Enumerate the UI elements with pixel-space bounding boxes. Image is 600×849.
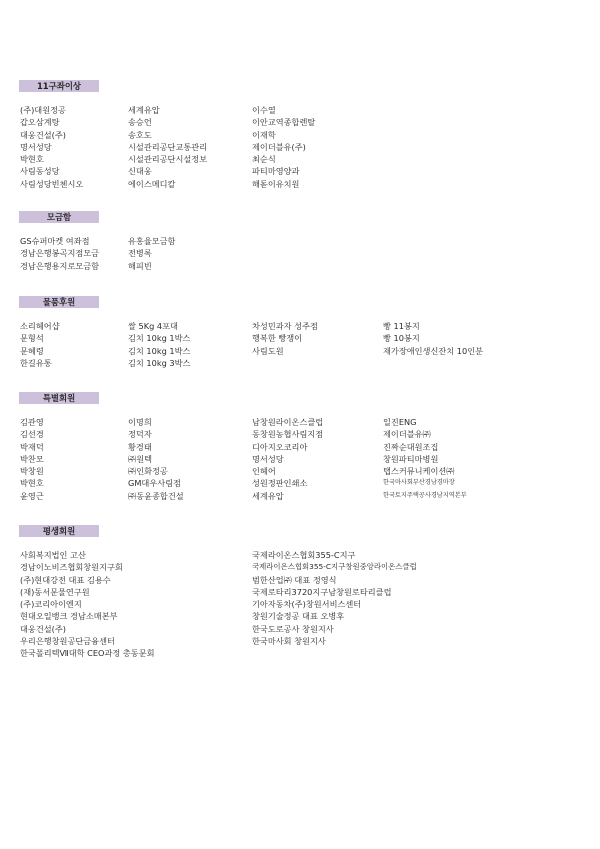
- member-name: 창원기술정공 대표 오병후: [252, 610, 344, 622]
- list-row: 경남이노비즈협회창원지구회 국제라이온스협회355-C지구창원중앙라이온스클럽: [0, 561, 600, 573]
- list-row: (재)동서문물연구원 국제로타리3720지구남창원로타리클럽: [0, 586, 600, 598]
- list-row: 갑오삼계탕 송승언 이안교역종합렌탈: [0, 116, 600, 128]
- list-row: 우리은행창원공단금융센터 한국마사회 창원지사: [0, 635, 600, 647]
- list-row: 박현호 시설관리공단시설정보 최순식: [0, 153, 600, 165]
- member-name: 윤영근: [20, 490, 44, 502]
- member-name: 인헤어: [252, 465, 276, 477]
- list-row: 대웅건설(주) 송호도 이재학: [0, 129, 600, 141]
- list-row: 문혜령 김치 10kg 1박스 사림도원 재가장애인생신잔치 10인분: [0, 345, 600, 357]
- section-header: 평생회원: [19, 525, 99, 537]
- donor-name: 파티마영양과: [252, 165, 299, 177]
- donated-item: 빵 10봉지: [383, 332, 420, 344]
- member-name: 김선경: [20, 428, 44, 440]
- donor-name: 갑오삼계탕: [20, 116, 60, 128]
- donor-name: 사림성당빈첸시오: [20, 178, 83, 190]
- section-header: 모금함: [19, 211, 99, 223]
- member-name: 이명희: [128, 416, 152, 428]
- member-name: 한국폴리텍Ⅶ대학 CEO과정 총동문회: [20, 647, 155, 659]
- donor-name: 경남은행용지로모금함: [20, 260, 99, 272]
- donor-name: 경남은행봉곡지점모금: [20, 247, 99, 259]
- member-name: ㈜인화정공: [128, 465, 168, 477]
- donor-name: 해피빈: [128, 260, 152, 272]
- list-row: 명서성당 시설관리공단교통관리 제이더블유(주): [0, 141, 600, 153]
- list-row: 경남은행봉곡지점모금 전병록: [0, 247, 600, 259]
- donor-name: 이수열: [252, 104, 276, 116]
- donor-name: 이안교역종합렌탈: [252, 116, 315, 128]
- donated-item: 빵 11봉지: [383, 320, 420, 332]
- donated-item: 김치 10kg 3박스: [128, 357, 190, 369]
- donor-name: 시설관리공단교통관리: [128, 141, 207, 153]
- list-row: 대웅건설(주) 한국도로공사 창원지사: [0, 623, 600, 635]
- donor-name: 신대웅: [128, 165, 152, 177]
- member-name: 성원정판인쇄소: [252, 477, 307, 489]
- donated-item: 쌀 5Kg 4포대: [128, 320, 178, 332]
- member-name: 박찬모: [20, 453, 44, 465]
- donor-name: 세계유압: [128, 104, 160, 116]
- donor-name: 박현호: [20, 153, 44, 165]
- donor-name: 송승언: [128, 116, 152, 128]
- list-row: (주)코리아이엔지 기아자동차(주)창원서비스센터: [0, 598, 600, 610]
- member-name: 황경태: [128, 441, 152, 453]
- member-name: 탭스커뮤니케이션㈜: [383, 465, 454, 477]
- list-row: 한길유통 김치 10kg 3박스: [0, 357, 600, 369]
- member-name: 박창원: [20, 465, 44, 477]
- list-row: 경남은행용지로모금함 해피빈: [0, 260, 600, 272]
- member-list: 사회복지법인 고산 국제라이온스협회355-C지구 경남이노비즈협회창원지구회 …: [0, 549, 600, 660]
- member-name: 제이더블유㈜: [383, 428, 431, 440]
- member-name: 창원파티마병원: [383, 453, 438, 465]
- donor-name: 시설관리공단시설정보: [128, 153, 207, 165]
- member-name: 사회복지법인 고산: [20, 549, 86, 561]
- member-name: 일진ENG: [383, 416, 416, 428]
- member-name: 박재덕: [20, 441, 44, 453]
- list-row: 윤영근 ㈜동윤종합건설 세계유압 한국토지주택공사경남지역본부: [0, 490, 600, 502]
- member-name: 국제라이온스협회355-C지구: [252, 549, 355, 561]
- donor-name: 송호도: [128, 129, 152, 141]
- donor-name: 최순식: [252, 153, 276, 165]
- member-name: 명서성당: [252, 453, 284, 465]
- member-name: 동창원농협사림지점: [252, 428, 323, 440]
- member-name: 한국마사회부산경남경마장: [383, 477, 455, 489]
- list-row: 김선경 정덕자 동창원농협사림지점 제이더블유㈜: [0, 428, 600, 440]
- donor-name: 에이스메디칼: [128, 178, 175, 190]
- donor-name: 문혜령: [20, 345, 44, 357]
- member-name: 정덕자: [128, 428, 152, 440]
- list-row: 김관영 이명희 남창원라이온스클럽 일진ENG: [0, 416, 600, 428]
- list-row: 사회복지법인 고산 국제라이온스협회355-C지구: [0, 549, 600, 561]
- member-name: (주)현대강전 대표 김용수: [20, 574, 111, 586]
- member-name: ㈜원텍: [128, 453, 152, 465]
- donor-name: 해돋이유치원: [252, 178, 299, 190]
- list-row: 현대오일뱅크 경남소매본부 창원기술정공 대표 오병후: [0, 610, 600, 622]
- list-row: 사림동성당 신대웅 파티마영양과: [0, 165, 600, 177]
- donor-list: 소리헤어샵 쌀 5Kg 4포대 차성민과자 성주점 빵 11봉지 문형석 김치 …: [0, 320, 600, 369]
- donor-name: 소리헤어샵: [20, 320, 60, 332]
- donor-name: 제이더블유(주): [252, 141, 306, 153]
- donor-list: (주)대원정공 세계유압 이수열 갑오삼계탕 송승언 이안교역종합렌탈 대웅건설…: [0, 104, 600, 190]
- list-row: 박찬모 ㈜원텍 명서성당 창원파티마병원: [0, 453, 600, 465]
- list-row: 사림성당빈첸시오 에이스메디칼 해돋이유치원: [0, 178, 600, 190]
- donor-name: 차성민과자 성주점: [252, 320, 318, 332]
- section-header: 물품후원: [19, 296, 99, 308]
- list-row: (주)대원정공 세계유압 이수열: [0, 104, 600, 116]
- donor-name: 행복한 빵쟁이: [252, 332, 302, 344]
- member-name: 디아지오코리아: [252, 441, 307, 453]
- member-name: 진짜순대원조집: [383, 441, 438, 453]
- section-header: 11구좌이상: [19, 80, 99, 92]
- list-row: 문형석 김치 10kg 1박스 행복한 빵쟁이 빵 10봉지: [0, 332, 600, 344]
- donor-name: 한길유통: [20, 357, 52, 369]
- donor-name: 유홍율모금함: [128, 235, 175, 247]
- member-name: 국제라이온스협회355-C지구창원중앙라이온스클럽: [252, 561, 417, 573]
- member-name: 남창원라이온스클럽: [252, 416, 323, 428]
- donor-name: 문형석: [20, 332, 44, 344]
- member-name: 김관영: [20, 416, 44, 428]
- member-name: 박현호: [20, 477, 44, 489]
- member-name: 기아자동차(주)창원서비스센터: [252, 598, 361, 610]
- donated-item: 김치 10kg 1박스: [128, 345, 190, 357]
- member-name: 현대오일뱅크 경남소매본부: [20, 610, 118, 622]
- member-name: (재)동서문물연구원: [20, 586, 90, 598]
- list-row: 소리헤어샵 쌀 5Kg 4포대 차성민과자 성주점 빵 11봉지: [0, 320, 600, 332]
- member-name: GM대우사림점: [128, 477, 181, 489]
- member-name: 경남이노비즈협회창원지구회: [20, 561, 123, 573]
- donor-name: 이재학: [252, 129, 276, 141]
- donor-name: 명서성당: [20, 141, 52, 153]
- member-list: 김관영 이명희 남창원라이온스클럽 일진ENG 김선경 정덕자 동창원농협사림지…: [0, 416, 600, 502]
- donated-item: 재가장애인생신잔치 10인분: [383, 345, 483, 357]
- section-header: 특별회원: [19, 392, 99, 404]
- member-name: 국제로타리3720지구남창원로타리클럽: [252, 586, 391, 598]
- donor-name: 전병록: [128, 247, 152, 259]
- list-row: 한국폴리텍Ⅶ대학 CEO과정 총동문회: [0, 647, 600, 659]
- list-row: GS슈퍼마켓 여좌점 유홍율모금함: [0, 235, 600, 247]
- donor-name: GS슈퍼마켓 여좌점: [20, 235, 90, 247]
- list-row: 박창원 ㈜인화정공 인헤어 탭스커뮤니케이션㈜: [0, 465, 600, 477]
- member-name: 대웅건설(주): [20, 623, 66, 635]
- donor-name: 대웅건설(주): [20, 129, 66, 141]
- list-row: (주)현대강전 대표 김용수 범한산업㈜ 대표 정영식: [0, 574, 600, 586]
- donor-name: 사림동성당: [20, 165, 60, 177]
- member-name: (주)코리아이엔지: [20, 598, 82, 610]
- member-name: 세계유압: [252, 490, 284, 502]
- member-name: 범한산업㈜ 대표 정영식: [252, 574, 337, 586]
- donated-item: 김치 10kg 1박스: [128, 332, 190, 344]
- member-name: 우리은행창원공단금융센터: [20, 635, 115, 647]
- member-name: ㈜동윤종합건설: [128, 490, 184, 502]
- list-row: 박현호 GM대우사림점 성원정판인쇄소 한국마사회부산경남경마장: [0, 477, 600, 489]
- member-name: 한국마사회 창원지사: [252, 635, 326, 647]
- donor-name: 사림도원: [252, 345, 284, 357]
- member-name: 한국도로공사 창원지사: [252, 623, 334, 635]
- member-name: 한국토지주택공사경남지역본부: [383, 490, 467, 502]
- donor-list: GS슈퍼마켓 여좌점 유홍율모금함 경남은행봉곡지점모금 전병록 경남은행용지로…: [0, 235, 600, 272]
- list-row: 박재덕 황경태 디아지오코리아 진짜순대원조집: [0, 441, 600, 453]
- donor-name: (주)대원정공: [20, 104, 66, 116]
